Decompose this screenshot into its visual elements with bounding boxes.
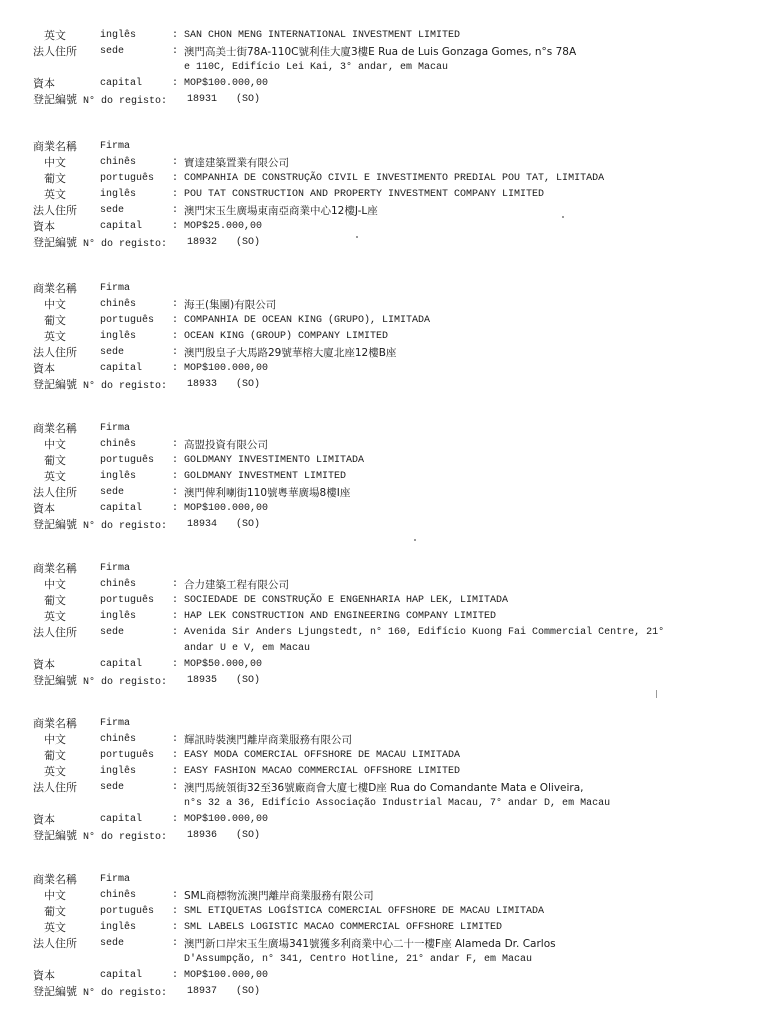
firma-label-pt: Firma xyxy=(100,139,130,155)
registo-number: 18931 xyxy=(187,92,217,108)
company-entry-18937: 商業名稱 Firma 中文 chinês : SML商標物流澳門離岸商業服務有限… xyxy=(0,872,777,1000)
colon: : xyxy=(172,577,178,593)
sede-label-pt: sede xyxy=(100,485,124,501)
chines-label-zh: 中文 xyxy=(44,437,66,453)
firma-label-pt: Firma xyxy=(100,421,130,437)
ingles-label-pt: inglês xyxy=(100,187,136,203)
firma-row: 商業名稱 Firma xyxy=(0,281,777,297)
ingles-label-pt: inglês xyxy=(100,28,136,44)
registo-suffix: (SO) xyxy=(236,92,260,108)
portugues-value: EASY MODA COMERCIAL OFFSHORE DE MACAU LI… xyxy=(184,748,460,764)
portugues-label-zh: 葡文 xyxy=(44,453,66,469)
portugues-row: 葡文 português : SOCIEDADE DE CONSTRUÇÃO E… xyxy=(0,593,777,609)
colon: : xyxy=(172,888,178,904)
ingles-label-zh: 英文 xyxy=(44,609,66,625)
ingles-label-pt: inglês xyxy=(100,469,136,485)
chines-value: 合力建築工程有限公司 xyxy=(184,577,289,593)
chines-label-pt: chinês xyxy=(100,577,136,593)
chines-value: SML商標物流澳門離岸商業服務有限公司 xyxy=(184,888,374,904)
sede-value-line1: 澳門新口岸宋玉生廣場341號獲多利商業中心二十一樓F座 Alameda Dr. … xyxy=(184,936,556,952)
capital-label-zh: 資本 xyxy=(33,501,55,517)
registo-label-zh: 登記編號 xyxy=(33,829,77,842)
sede-row-continuation: D'Assumpção, n° 341, Centro Hotline, 21°… xyxy=(0,952,777,968)
registo-label: 登記編號 N° do registo: xyxy=(33,235,167,253)
registo-row: 登記編號 N° do registo: 18931 (SO) xyxy=(0,92,777,108)
firma-label-pt: Firma xyxy=(100,872,130,888)
firma-label-zh: 商業名稱 xyxy=(33,281,77,297)
portugues-label-pt: português xyxy=(100,593,154,609)
ingles-row: 英文 inglês : OCEAN KING (GROUP) COMPANY L… xyxy=(0,329,777,345)
company-entry-18933: 商業名稱 Firma 中文 chinês : 海王(集團)有限公司 葡文 por… xyxy=(0,281,777,393)
sede-value-line2: andar U e V, em Macau xyxy=(184,641,310,657)
ingles-label-zh: 英文 xyxy=(44,469,66,485)
firma-label-pt: Firma xyxy=(100,561,130,577)
registo-row: 登記編號 N° do registo: 18933 (SO) xyxy=(0,377,777,393)
colon: : xyxy=(172,329,178,345)
colon: : xyxy=(172,904,178,920)
colon: : xyxy=(172,485,178,501)
ingles-row: 英文 inglês : HAP LEK CONSTRUCTION AND ENG… xyxy=(0,609,777,625)
scan-speck xyxy=(562,216,564,218)
chines-label-zh: 中文 xyxy=(44,155,66,171)
registo-label-pt: N° do registo: xyxy=(83,381,167,392)
portugues-value: SML ETIQUETAS LOGÍSTICA COMERCIAL OFFSHO… xyxy=(184,904,544,920)
registo-row: 登記編號 N° do registo: 18935 (SO) xyxy=(0,673,777,689)
registo-label-zh: 登記編號 xyxy=(33,93,77,106)
registo-label-pt: N° do registo: xyxy=(83,832,167,843)
colon: : xyxy=(172,920,178,936)
capital-label-zh: 資本 xyxy=(33,812,55,828)
colon: : xyxy=(172,76,178,92)
registo-label-zh: 登記編號 xyxy=(33,985,77,998)
portugues-row: 葡文 português : COMPANHIA DE CONSTRUÇÃO C… xyxy=(0,171,777,187)
capital-row: 資本 capital : MOP$100.000,00 xyxy=(0,968,777,984)
company-entry-18936: 商業名稱 Firma 中文 chinês : 輝訊時裝澳門離岸商業服務有限公司 … xyxy=(0,716,777,844)
ingles-row: 英文 inglês : SML LABELS LOGISTIC MACAO CO… xyxy=(0,920,777,936)
ingles-value: EASY FASHION MACAO COMMERCIAL OFFSHORE L… xyxy=(184,764,460,780)
chines-label-zh: 中文 xyxy=(44,297,66,313)
capital-value: MOP$50.000,00 xyxy=(184,657,262,673)
capital-label-pt: capital xyxy=(100,501,142,517)
chines-value: 寶達建築置業有限公司 xyxy=(184,155,289,171)
company-entry-18935: 商業名稱 Firma 中文 chinês : 合力建築工程有限公司 葡文 por… xyxy=(0,561,777,689)
sede-value-line2: e 110C, Edifício Lei Kai, 3° andar, em M… xyxy=(184,60,448,76)
colon: : xyxy=(172,155,178,171)
firma-row: 商業名稱 Firma xyxy=(0,872,777,888)
sede-value-line1: Avenida Sir Anders Ljungstedt, n° 160, E… xyxy=(184,625,664,641)
sede-label-pt: sede xyxy=(100,345,124,361)
ingles-label-pt: inglês xyxy=(100,609,136,625)
colon: : xyxy=(172,936,178,952)
sede-value-line1: 澳門殷皇子大馬路29號華榕大廈北座12樓B座 xyxy=(184,345,396,361)
portugues-label-zh: 葡文 xyxy=(44,313,66,329)
capital-value: MOP$25.000,00 xyxy=(184,219,262,235)
colon: : xyxy=(172,609,178,625)
colon: : xyxy=(172,812,178,828)
firma-label-zh: 商業名稱 xyxy=(33,139,77,155)
portugues-label-pt: português xyxy=(100,904,154,920)
registo-row: 登記編號 N° do registo: 18932 (SO) xyxy=(0,235,777,251)
registo-label: 登記編號 N° do registo: xyxy=(33,517,167,535)
chines-label-zh: 中文 xyxy=(44,732,66,748)
chines-row: 中文 chinês : 寶達建築置業有限公司 xyxy=(0,155,777,171)
scan-speck xyxy=(414,539,416,541)
chines-label-pt: chinês xyxy=(100,888,136,904)
chines-label-pt: chinês xyxy=(100,437,136,453)
colon: : xyxy=(172,501,178,517)
ingles-label-pt: inglês xyxy=(100,329,136,345)
portugues-label-pt: português xyxy=(100,453,154,469)
registo-number: 18935 xyxy=(187,673,217,689)
colon: : xyxy=(172,345,178,361)
capital-value: MOP$100.000,00 xyxy=(184,76,268,92)
colon: : xyxy=(172,313,178,329)
ingles-row: 英文 inglês : POU TAT CONSTRUCTION AND PRO… xyxy=(0,187,777,203)
portugues-row: 葡文 português : GOLDMANY INVESTIMENTO LIM… xyxy=(0,453,777,469)
registo-label-zh: 登記編號 xyxy=(33,674,77,687)
registo-number: 18936 xyxy=(187,828,217,844)
portugues-value: COMPANHIA DE CONSTRUÇÃO CIVIL E INVESTIM… xyxy=(184,171,604,187)
colon: : xyxy=(172,968,178,984)
sede-value-line2: D'Assumpção, n° 341, Centro Hotline, 21°… xyxy=(184,952,532,968)
sede-row: 法人住所 sede : 澳門新口岸宋玉生廣場341號獲多利商業中心二十一樓F座 … xyxy=(0,936,777,952)
portugues-label-zh: 葡文 xyxy=(44,904,66,920)
capital-label-pt: capital xyxy=(100,76,142,92)
document-page: 英文 inglês : SAN CHON MENG INTERNATIONAL … xyxy=(0,0,777,1024)
capital-label-pt: capital xyxy=(100,361,142,377)
capital-value: MOP$100.000,00 xyxy=(184,361,268,377)
colon: : xyxy=(172,171,178,187)
capital-label-pt: capital xyxy=(100,219,142,235)
registo-label-pt: N° do registo: xyxy=(83,988,167,999)
ingles-value: HAP LEK CONSTRUCTION AND ENGINEERING COM… xyxy=(184,609,496,625)
colon: : xyxy=(172,469,178,485)
colon: : xyxy=(172,593,178,609)
capital-label-pt: capital xyxy=(100,968,142,984)
ingles-value: SAN CHON MENG INTERNATIONAL INVESTMENT L… xyxy=(184,28,460,44)
colon: : xyxy=(172,361,178,377)
registo-number: 18933 xyxy=(187,377,217,393)
sede-value-line1: 澳門俾利喇街110號粵華廣場8樓I座 xyxy=(184,485,350,501)
sede-label-pt: sede xyxy=(100,44,124,60)
portugues-value: COMPANHIA DE OCEAN KING (GRUPO), LIMITAD… xyxy=(184,313,430,329)
sede-label-pt: sede xyxy=(100,203,124,219)
registo-label: 登記編號 N° do registo: xyxy=(33,673,167,691)
sede-row-continuation: andar U e V, em Macau xyxy=(0,641,777,657)
registo-number: 18932 xyxy=(187,235,217,251)
registo-number: 18937 xyxy=(187,984,217,1000)
colon: : xyxy=(172,187,178,203)
registo-suffix: (SO) xyxy=(236,235,260,251)
registo-suffix: (SO) xyxy=(236,517,260,533)
sede-value-line1: 澳門馬統領街32至36號廠商會大廈七樓D座 Rua do Comandante … xyxy=(184,780,584,796)
ingles-value: OCEAN KING (GROUP) COMPANY LIMITED xyxy=(184,329,388,345)
firma-label-zh: 商業名稱 xyxy=(33,561,77,577)
firma-label-zh: 商業名稱 xyxy=(33,716,77,732)
sede-row: 法人住所 sede : 澳門殷皇子大馬路29號華榕大廈北座12樓B座 xyxy=(0,345,777,361)
colon: : xyxy=(172,44,178,60)
ingles-label-pt: inglês xyxy=(100,920,136,936)
capital-row: 資本 capital : MOP$100.000,00 xyxy=(0,501,777,517)
firma-label-zh: 商業名稱 xyxy=(33,872,77,888)
sede-row: 法人住所 sede : 澳門高美士街78A-110C號利佳大廈3樓E Rua d… xyxy=(0,44,777,60)
chines-value: 輝訊時裝澳門離岸商業服務有限公司 xyxy=(184,732,352,748)
ingles-value: GOLDMANY INVESTMENT LIMITED xyxy=(184,469,346,485)
sede-label-zh: 法人住所 xyxy=(33,936,77,952)
registo-label-zh: 登記編號 xyxy=(33,236,77,249)
registo-label-pt: N° do registo: xyxy=(83,677,167,688)
portugues-label-pt: português xyxy=(100,748,154,764)
firma-row: 商業名稱 Firma xyxy=(0,139,777,155)
capital-label-zh: 資本 xyxy=(33,219,55,235)
registo-suffix: (SO) xyxy=(236,673,260,689)
registo-suffix: (SO) xyxy=(236,377,260,393)
sede-label-zh: 法人住所 xyxy=(33,625,77,641)
portugues-row: 葡文 português : EASY MODA COMERCIAL OFFSH… xyxy=(0,748,777,764)
chines-row: 中文 chinês : 海王(集團)有限公司 xyxy=(0,297,777,313)
registo-label-pt: N° do registo: xyxy=(83,96,167,107)
registo-label-zh: 登記編號 xyxy=(33,378,77,391)
sede-row-continuation: n°s 32 a 36, Edifício Associação Industr… xyxy=(0,796,777,812)
capital-row: 資本 capital : MOP$25.000,00 xyxy=(0,219,777,235)
portugues-value: GOLDMANY INVESTIMENTO LIMITADA xyxy=(184,453,364,469)
capital-label-zh: 資本 xyxy=(33,361,55,377)
capital-value: MOP$100.000,00 xyxy=(184,968,268,984)
firma-label-pt: Firma xyxy=(100,281,130,297)
capital-row: 資本 capital : MOP$50.000,00 xyxy=(0,657,777,673)
sede-label-zh: 法人住所 xyxy=(33,345,77,361)
colon: : xyxy=(172,297,178,313)
portugues-row: 葡文 português : SML ETIQUETAS LOGÍSTICA C… xyxy=(0,904,777,920)
colon: : xyxy=(172,219,178,235)
sede-row: 法人住所 sede : Avenida Sir Anders Ljungsted… xyxy=(0,625,777,641)
ingles-label-zh: 英文 xyxy=(44,764,66,780)
sede-value-line2: n°s 32 a 36, Edifício Associação Industr… xyxy=(184,796,610,812)
portugues-label-zh: 葡文 xyxy=(44,593,66,609)
sede-label-zh: 法人住所 xyxy=(33,780,77,796)
capital-row: 資本 capital : MOP$100.000,00 xyxy=(0,361,777,377)
capital-label-zh: 資本 xyxy=(33,968,55,984)
chines-label-pt: chinês xyxy=(100,297,136,313)
colon: : xyxy=(172,28,178,44)
capital-label-zh: 資本 xyxy=(33,76,55,92)
company-entry-18932: 商業名稱 Firma 中文 chinês : 寶達建築置業有限公司 葡文 por… xyxy=(0,139,777,251)
capital-label-pt: capital xyxy=(100,657,142,673)
sede-label-zh: 法人住所 xyxy=(33,485,77,501)
registo-row: 登記編號 N° do registo: 18937 (SO) xyxy=(0,984,777,1000)
portugues-label-pt: português xyxy=(100,313,154,329)
chines-value: 高盟投資有限公司 xyxy=(184,437,268,453)
ingles-label-zh: 英文 xyxy=(44,920,66,936)
chines-row: 中文 chinês : 高盟投資有限公司 xyxy=(0,437,777,453)
sede-label-pt: sede xyxy=(100,625,124,641)
ingles-row: 英文 inglês : EASY FASHION MACAO COMMERCIA… xyxy=(0,764,777,780)
portugues-label-pt: português xyxy=(100,171,154,187)
registo-label-zh: 登記編號 xyxy=(33,518,77,531)
registo-row: 登記編號 N° do registo: 18934 (SO) xyxy=(0,517,777,533)
registo-label-pt: N° do registo: xyxy=(83,521,167,532)
colon: : xyxy=(172,780,178,796)
capital-label-zh: 資本 xyxy=(33,657,55,673)
registo-suffix: (SO) xyxy=(236,984,260,1000)
capital-row: 資本 capital : MOP$100.000,00 xyxy=(0,76,777,92)
company-entry-18934: 商業名稱 Firma 中文 chinês : 高盟投資有限公司 葡文 portu… xyxy=(0,421,777,533)
chines-label-pt: chinês xyxy=(100,732,136,748)
colon: : xyxy=(172,453,178,469)
sede-row: 法人住所 sede : 澳門俾利喇街110號粵華廣場8樓I座 xyxy=(0,485,777,501)
sede-label-zh: 法人住所 xyxy=(33,44,77,60)
registo-label: 登記編號 N° do registo: xyxy=(33,984,167,1002)
company-entry-18931: 英文 inglês : SAN CHON MENG INTERNATIONAL … xyxy=(0,28,777,108)
registo-row: 登記編號 N° do registo: 18936 (SO) xyxy=(0,828,777,844)
sede-value-line1: 澳門高美士街78A-110C號利佳大廈3樓E Rua de Luis Gonza… xyxy=(184,44,576,60)
chines-label-zh: 中文 xyxy=(44,577,66,593)
colon: : xyxy=(172,657,178,673)
sede-value-line1: 澳門宋玉生廣場東南亞商業中心12樓J-L座 xyxy=(184,203,378,219)
chines-row: 中文 chinês : 合力建築工程有限公司 xyxy=(0,577,777,593)
sede-label-pt: sede xyxy=(100,780,124,796)
registo-label: 登記編號 N° do registo: xyxy=(33,828,167,846)
colon: : xyxy=(172,625,178,641)
portugues-row: 葡文 português : COMPANHIA DE OCEAN KING (… xyxy=(0,313,777,329)
chines-value: 海王(集團)有限公司 xyxy=(184,297,276,313)
capital-row: 資本 capital : MOP$100.000,00 xyxy=(0,812,777,828)
sede-row-continuation: e 110C, Edifício Lei Kai, 3° andar, em M… xyxy=(0,60,777,76)
registo-label: 登記編號 N° do registo: xyxy=(33,377,167,395)
firma-label-pt: Firma xyxy=(100,716,130,732)
capital-label-pt: capital xyxy=(100,812,142,828)
chines-label-zh: 中文 xyxy=(44,888,66,904)
colon: : xyxy=(172,203,178,219)
firma-row: 商業名稱 Firma xyxy=(0,716,777,732)
sede-label-zh: 法人住所 xyxy=(33,203,77,219)
sede-row: 法人住所 sede : 澳門馬統領街32至36號廠商會大廈七樓D座 Rua do… xyxy=(0,780,777,796)
registo-number: 18934 xyxy=(187,517,217,533)
sede-label-pt: sede xyxy=(100,936,124,952)
ingles-label-zh: 英文 xyxy=(44,28,66,44)
colon: : xyxy=(172,764,178,780)
chines-row: 中文 chinês : SML商標物流澳門離岸商業服務有限公司 xyxy=(0,888,777,904)
portugues-label-zh: 葡文 xyxy=(44,748,66,764)
colon: : xyxy=(172,748,178,764)
chines-label-pt: chinês xyxy=(100,155,136,171)
registo-label-pt: N° do registo: xyxy=(83,239,167,250)
capital-value: MOP$100.000,00 xyxy=(184,501,268,517)
ingles-label-pt: inglês xyxy=(100,764,136,780)
colon: : xyxy=(172,437,178,453)
colon: : xyxy=(172,732,178,748)
portugues-label-zh: 葡文 xyxy=(44,171,66,187)
ingles-value: SML LABELS LOGISTIC MACAO COMMERCIAL OFF… xyxy=(184,920,502,936)
chines-row: 中文 chinês : 輝訊時裝澳門離岸商業服務有限公司 xyxy=(0,732,777,748)
registo-label: 登記編號 N° do registo: xyxy=(33,92,167,110)
ingles-label-zh: 英文 xyxy=(44,187,66,203)
firma-label-zh: 商業名稱 xyxy=(33,421,77,437)
scan-speck xyxy=(356,236,358,238)
ingles-value: POU TAT CONSTRUCTION AND PROPERTY INVEST… xyxy=(184,187,544,203)
ingles-row: 英文 inglês : GOLDMANY INVESTMENT LIMITED xyxy=(0,469,777,485)
portugues-value: SOCIEDADE DE CONSTRUÇÃO E ENGENHARIA HAP… xyxy=(184,593,508,609)
ingles-row: 英文 inglês : SAN CHON MENG INTERNATIONAL … xyxy=(0,28,777,44)
firma-row: 商業名稱 Firma xyxy=(0,561,777,577)
capital-value: MOP$100.000,00 xyxy=(184,812,268,828)
scan-speck xyxy=(656,690,657,698)
firma-row: 商業名稱 Firma xyxy=(0,421,777,437)
registo-suffix: (SO) xyxy=(236,828,260,844)
ingles-label-zh: 英文 xyxy=(44,329,66,345)
sede-row: 法人住所 sede : 澳門宋玉生廣場東南亞商業中心12樓J-L座 xyxy=(0,203,777,219)
